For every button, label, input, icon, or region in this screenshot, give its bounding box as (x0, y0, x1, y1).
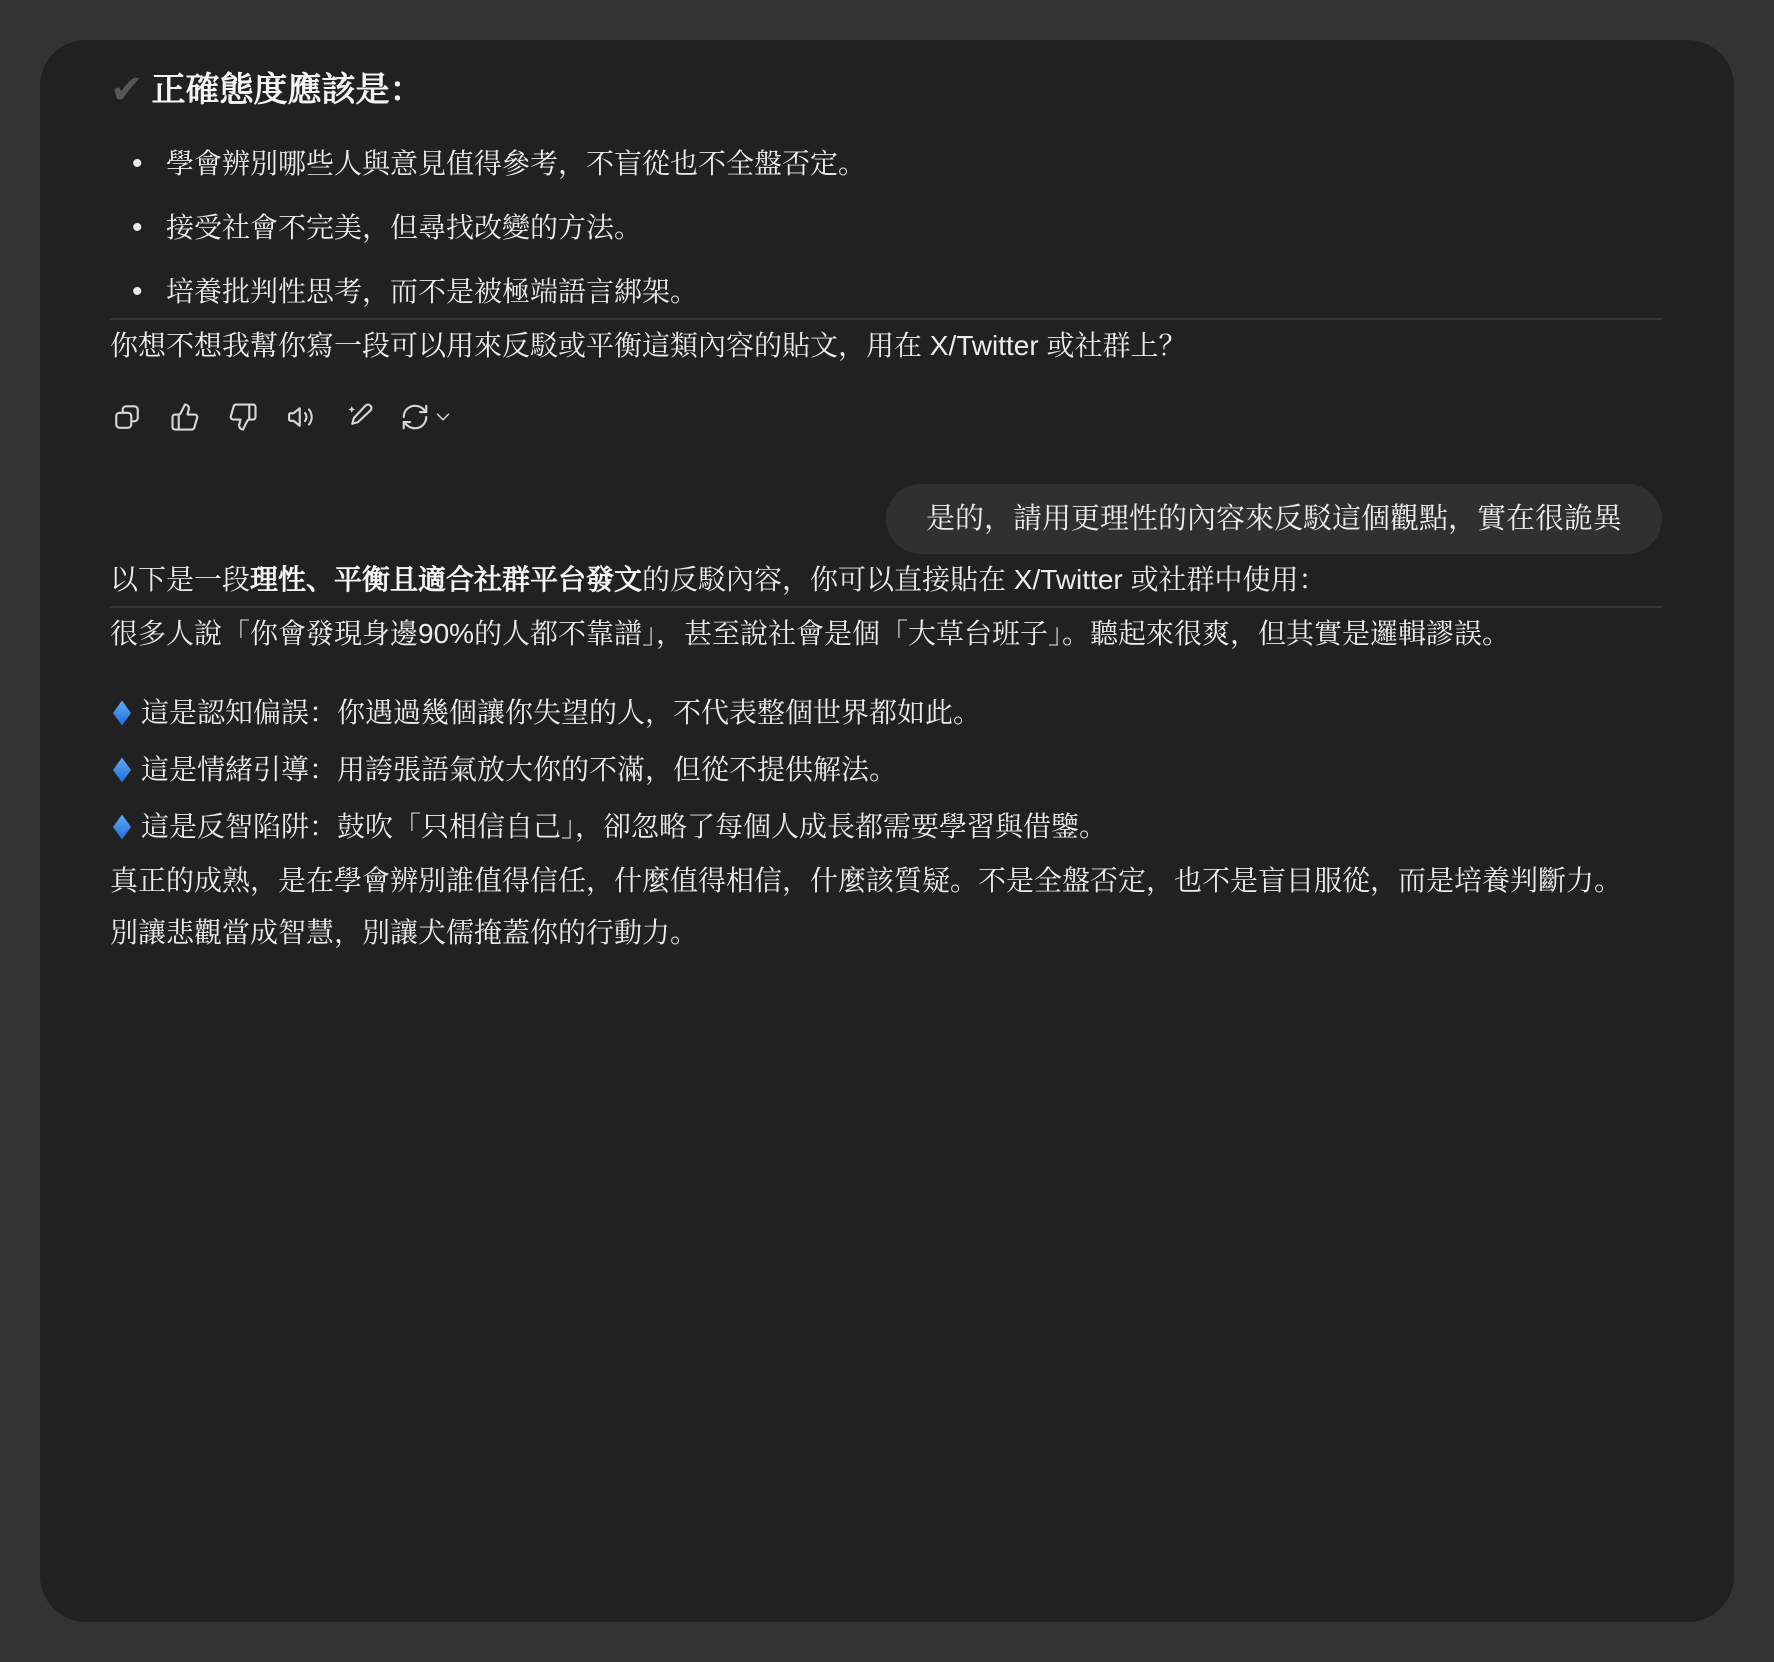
regenerate-button[interactable] (400, 400, 454, 434)
thumbs-up-icon (170, 402, 200, 432)
intro-pre: 以下是一段 (110, 564, 250, 595)
blue-diamond-icon (110, 813, 134, 841)
diamond-point: 這是反智陷阱：鼓吹「只相信自己」，卻忽略了每個人成長都需要學習與借鑒。 (110, 798, 1662, 855)
chevron-down-icon (432, 406, 454, 428)
diamond-point-list: 這是認知偏誤：你遇過幾個讓你失望的人，不代表整個世界都如此。 這是情緒引導：用誇… (110, 684, 1662, 855)
diamond-point: 這是情緒引導：用誇張語氣放大你的不滿，但從不提供解法。 (110, 741, 1662, 798)
user-message-row: 是的，請用更理性的內容來反駁這個觀點，實在很詭異 (110, 484, 1662, 554)
assistant-question-text: 你想不想我幫你寫一段可以用來反駁或平衡這類內容的貼文，用在 X/Twitter … (110, 320, 1662, 372)
thumbs-down-button[interactable] (226, 400, 260, 434)
user-message-bubble: 是的，請用更理性的內容來反駁這個觀點，實在很詭異 (886, 484, 1662, 554)
edit-sparkle-icon (344, 402, 374, 432)
edit-button[interactable] (342, 400, 376, 434)
section-heading: ✔ 正確態度應該是： (110, 66, 1662, 114)
blue-diamond-icon (110, 699, 134, 727)
blue-diamond-icon (110, 756, 134, 784)
intro-post: 的反駁內容，你可以直接貼在 X/Twitter 或社群中使用： (642, 564, 1326, 595)
chat-panel: ✔ 正確態度應該是： 學會辨別哪些人與意見值得參考，不盲從也不全盤否定。 接受社… (40, 40, 1734, 1622)
assistant-intro-text: 以下是一段理性、平衡且適合社群平台發文的反駁內容，你可以直接貼在 X/Twitt… (110, 554, 1662, 606)
list-item: 培養批判性思考，而不是被極端語言綁架。 (110, 266, 1662, 318)
copy-button[interactable] (110, 400, 144, 434)
section-heading-text: 正確態度應該是： (152, 66, 424, 114)
message-action-bar (110, 400, 1662, 434)
attitude-bullet-list: 學會辨別哪些人與意見值得參考，不盲從也不全盤否定。 接受社會不完美，但尋找改變的… (110, 138, 1662, 318)
rebuttal-opening-paragraph: 很多人說「你會發現身邊90%的人都不靠譜」，甚至說社會是個「大草台班子」。聽起來… (110, 608, 1662, 660)
read-aloud-button[interactable] (284, 400, 318, 434)
diamond-point-text: 這是反智陷阱：鼓吹「只相信自己」，卻忽略了每個人成長都需要學習與借鑒。 (141, 798, 1107, 855)
diamond-point: 這是認知偏誤：你遇過幾個讓你失望的人，不代表整個世界都如此。 (110, 684, 1662, 741)
intro-bold: 理性、平衡且適合社群平台發文 (250, 564, 642, 595)
diamond-point-text: 這是認知偏誤：你遇過幾個讓你失望的人，不代表整個世界都如此。 (141, 684, 981, 741)
speaker-icon (286, 402, 316, 432)
rebuttal-closing-line: 別讓悲觀當成智慧，別讓犬儒掩蓋你的行動力。 (110, 907, 1662, 959)
thumbs-down-icon (228, 402, 258, 432)
copy-icon (112, 402, 142, 432)
diamond-point-text: 這是情緒引導：用誇張語氣放大你的不滿，但從不提供解法。 (141, 741, 897, 798)
thumbs-up-button[interactable] (168, 400, 202, 434)
regenerate-icon (400, 402, 430, 432)
list-item: 學會辨別哪些人與意見值得參考，不盲從也不全盤否定。 (110, 138, 1662, 190)
list-item: 接受社會不完美，但尋找改變的方法。 (110, 202, 1662, 254)
check-icon: ✔ (110, 66, 144, 114)
rebuttal-conclusion-paragraph: 真正的成熟，是在學會辨別誰值得信任，什麼值得相信，什麼該質疑。不是全盤否定，也不… (110, 855, 1662, 907)
